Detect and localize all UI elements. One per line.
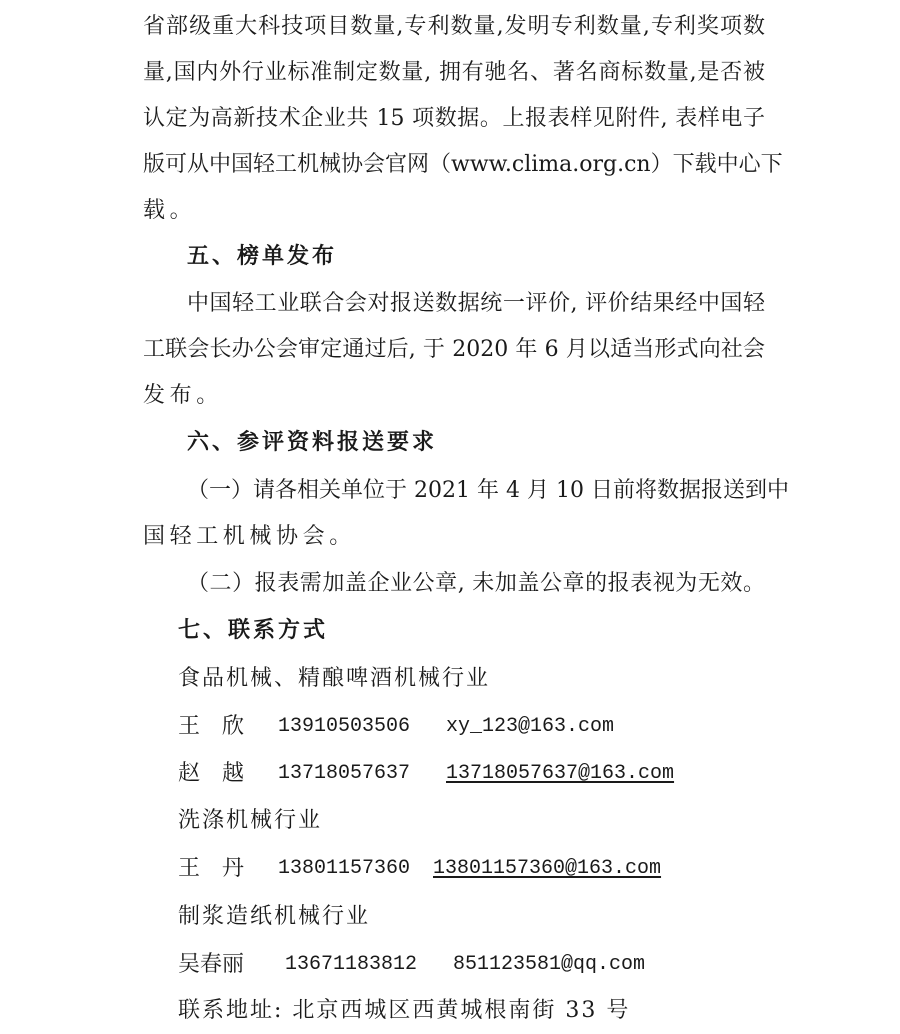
contact-email-link[interactable]: 13801157360@163.com [433,854,661,884]
text-line: 国轻工机械协会。 [143,522,356,552]
industry-label: 制浆造纸机械行业 [178,902,370,932]
document-page: 省部级重大科技项目数量,专利数量,发明专利数量,专利奖项数 量,国内外行业标准制… [0,0,900,1034]
text-line: 量,国内外行业标准制定数量, 拥有驰名、著名商标数量,是否被 [143,58,765,88]
contact-address: 联系地址: 北京西城区西黄城根南街 33 号 [178,996,630,1026]
text-line: 发布。 [143,381,223,411]
section-heading: 七、联系方式 [178,616,328,646]
text-line: 认定为高新技术企业共 15 项数据。上报表样见附件, 表样电子 [143,104,765,134]
section-heading: 五、榜单发布 [187,242,337,272]
contact-name: 王 欣 [178,712,244,742]
contact-email-link[interactable]: 13718057637@163.com [446,759,674,789]
contact-phone: 13671183812 [285,950,417,980]
contact-name: 王 丹 [178,854,244,884]
contact-name: 吴春丽 [178,950,244,980]
contact-name: 赵 越 [178,759,244,789]
contact-email[interactable]: 851123581@qq.com [453,950,645,980]
requirement-item-2: （二）报表需加盖企业公章, 未加盖公章的报表视为无效。 [187,569,765,599]
contact-phone: 13801157360 [278,854,410,884]
text-line: 工联会长办公会审定通过后, 于 2020 年 6 月以适当形式向社会 [143,335,765,365]
industry-label: 洗涤机械行业 [178,806,322,836]
contact-email[interactable]: xy_123@163.com [446,712,614,742]
text-line: 省部级重大科技项目数量,专利数量,发明专利数量,专利奖项数 [143,12,765,42]
contact-phone: 13910503506 [278,712,410,742]
section-heading: 六、参评资料报送要求 [187,428,437,458]
text-line-with-url: 版可从中国轻工机械协会官网（www.clima.org.cn）下载中心下 [143,150,765,180]
industry-label: 食品机械、精酿啤酒机械行业 [178,664,490,694]
contact-phone: 13718057637 [278,759,410,789]
text-line: 载。 [143,196,196,226]
text-line: 中国轻工业联合会对报送数据统一评价, 评价结果经中国轻 [187,289,765,319]
requirement-item-1: （一）请各相关单位于 2021 年 4 月 10 日前将数据报送到中 [187,476,765,506]
